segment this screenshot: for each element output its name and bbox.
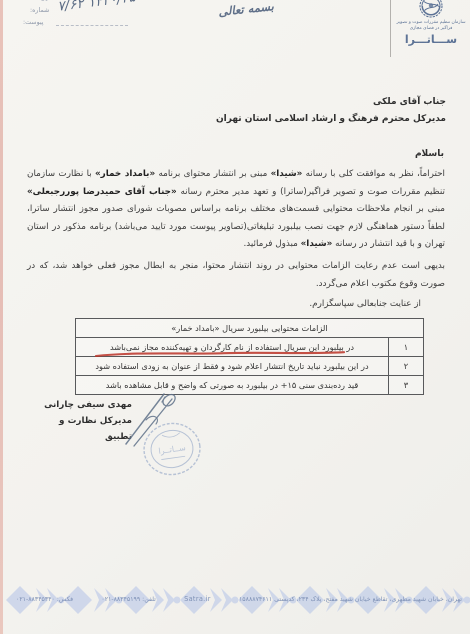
row-number: ۱: [388, 338, 423, 356]
phone-label: تلفن:: [142, 596, 156, 603]
org-name-line2: فراگیر در فضای مجازی: [394, 26, 468, 32]
letterhead-divider: [390, 0, 391, 57]
footer-text-row: تهران، خیابان شهید مطهری، تقاطع خیابان ش…: [16, 595, 462, 603]
official-stamp: ســاتــرا: [136, 416, 207, 482]
signer-name: مهدی سیفی چارانی: [30, 397, 132, 413]
signer-title: مدیرکل نظارت و تطبیق: [30, 413, 132, 445]
requirements-table: الزامات محتوایی بیلبورد سریال «بامداد خم…: [75, 318, 424, 395]
row-number: ۳: [388, 376, 423, 394]
phone-number: ۰۲۱-۸۸۳۴۵۱۹۹: [101, 596, 140, 603]
handwritten-date-number: ۱۴۳۰/۴۵ ۷/۶۲: [39, 0, 136, 17]
stamp-text: ســاتــرا: [158, 443, 187, 456]
recipient-block: جناب آقای ملکی مدیرکل محترم فرهنگ و ارشا…: [216, 94, 446, 127]
signer-block: مهدی سیفی چارانی مدیرکل نظارت و تطبیق: [30, 397, 132, 445]
footer: تهران، خیابان شهید مطهری، تقاطع خیابان ش…: [6, 584, 470, 616]
attachment-label: پیوست:: [23, 19, 44, 26]
fax-number: ۰۲۱-۸۸۳۴۵۳۴۰: [16, 596, 55, 603]
body-paragraph-1: احتراماً، نظر به موافقت کلی با رسانه «شی…: [27, 166, 445, 254]
recipient-title: مدیرکل محترم فرهنگ و ارشاد اسلامی استان …: [216, 111, 446, 128]
footer-fax: فکس: ۰۲۱-۸۸۳۴۵۳۴۰: [16, 596, 73, 603]
table-row: ۱در بیلبورد این سریال استفاده از نام کار…: [76, 338, 423, 357]
footer-address: تهران، خیابان شهید مطهری، تقاطع خیابان ش…: [239, 596, 462, 603]
footer-phone: تلفن: ۰۲۱-۸۸۳۴۵۱۹۹: [101, 596, 155, 603]
fax-label: فکس:: [57, 596, 73, 603]
body-paragraph-3: از عنایت جنابعالی سپاسگزارم.: [27, 296, 445, 314]
table-row: ۲در این بیلبورد نباید تاریخ انتشار اعلام…: [76, 357, 423, 376]
row-number: ۲: [388, 357, 423, 375]
attachment-dash-line: [56, 25, 128, 26]
row-text: در این بیلبورد نباید تاریخ انتشار اعلام …: [76, 357, 388, 375]
satra-emblem-icon: [417, 0, 445, 20]
body-paragraph-2: بدیهی است عدم رعایت الزامات محتوایی در ر…: [27, 258, 445, 293]
satra-logo-block: سازمان تنظیم مقررات صوت و تصویر فراگیر د…: [394, 0, 468, 46]
footer-website: Satra.ir: [184, 595, 211, 603]
recipient-name: جناب آقای ملکی: [216, 94, 446, 111]
org-abbreviation: ســـاتـــرا: [394, 33, 468, 46]
salutation: باسلام: [415, 149, 444, 159]
besmele-calligraphy: بسمه تعالی: [203, 0, 290, 20]
scanned-letter-page: تاریخ: شماره: پیوست: ۱۴۳۰/۴۵ ۷/۶۲ بسمه ت…: [0, 0, 470, 634]
row-text: در بیلبورد این سریال استفاده از نام کارگ…: [76, 338, 388, 356]
table-header: الزامات محتوایی بیلبورد سریال «بامداد خم…: [76, 319, 423, 338]
letter-meta-block: تاریخ: شماره: پیوست: ۱۴۳۰/۴۵ ۷/۶۲: [10, 0, 150, 36]
scan-edge-strip: [0, 0, 3, 634]
